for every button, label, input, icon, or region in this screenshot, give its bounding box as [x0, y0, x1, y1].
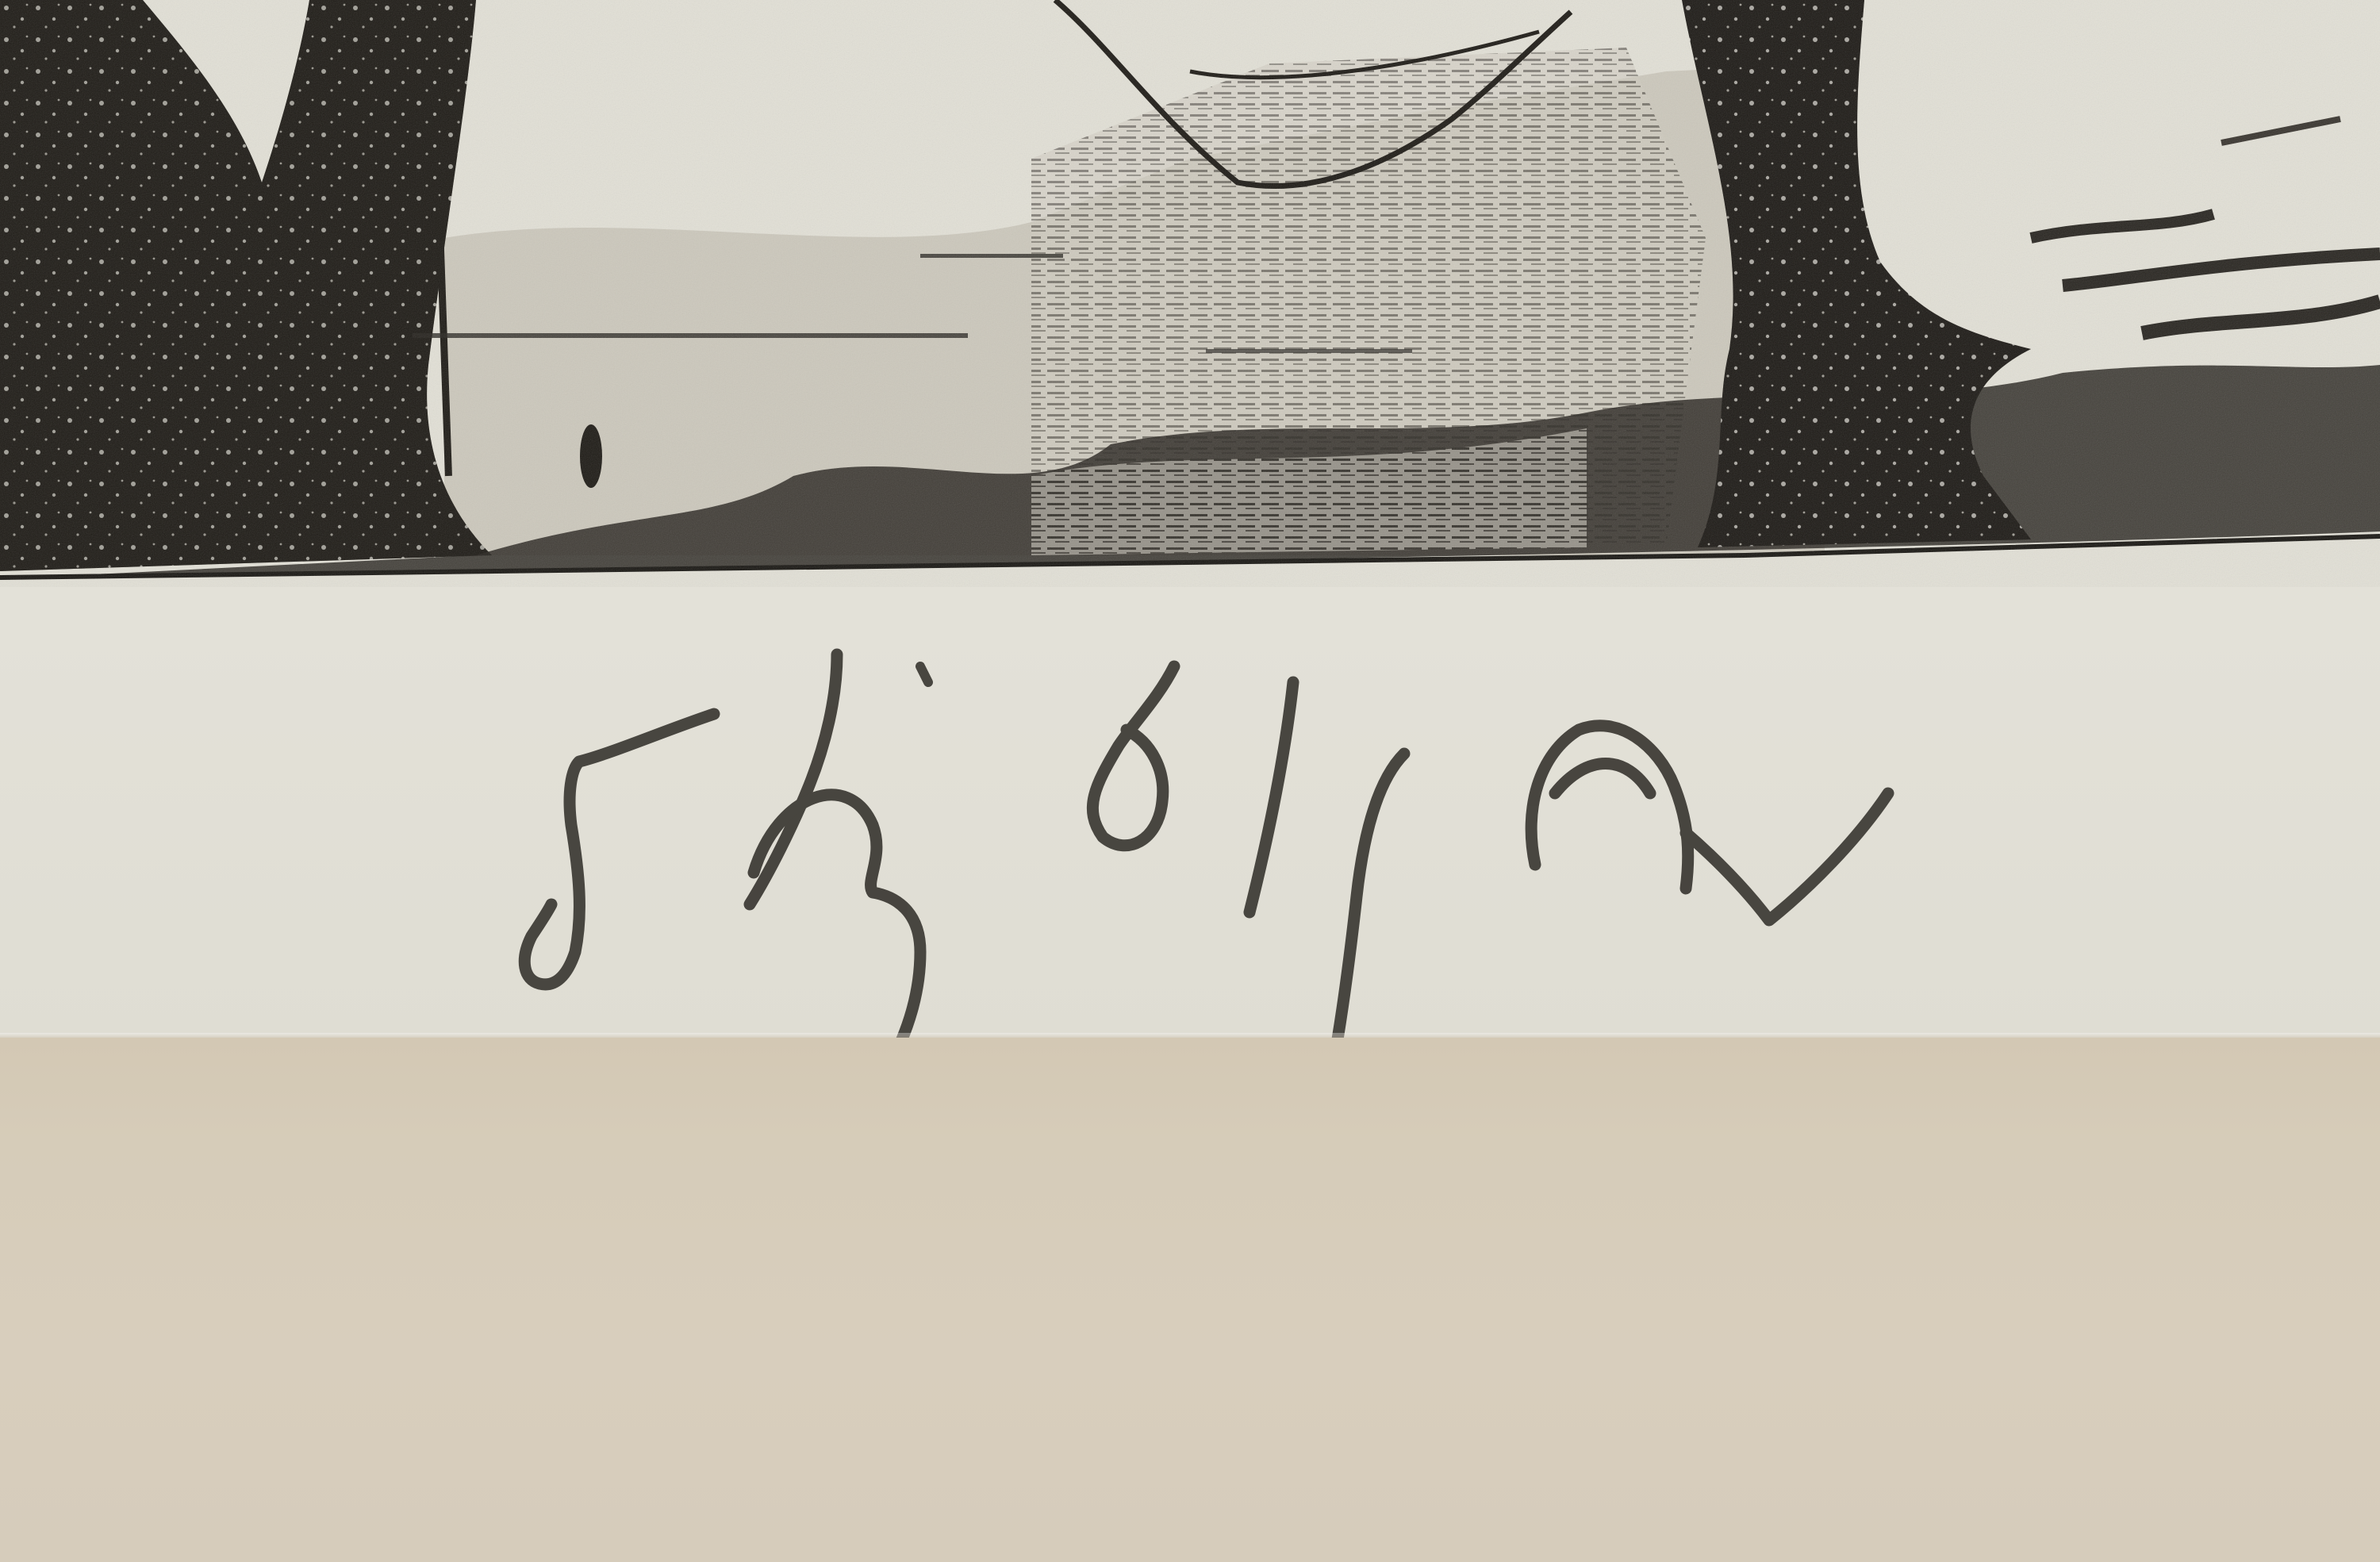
photograph: Close-up photograph of the lower edge of… — [0, 0, 2380, 1562]
mat-board — [0, 1038, 2380, 1562]
etching-plate-image — [0, 0, 2380, 587]
pencil-signature — [476, 635, 1983, 1079]
